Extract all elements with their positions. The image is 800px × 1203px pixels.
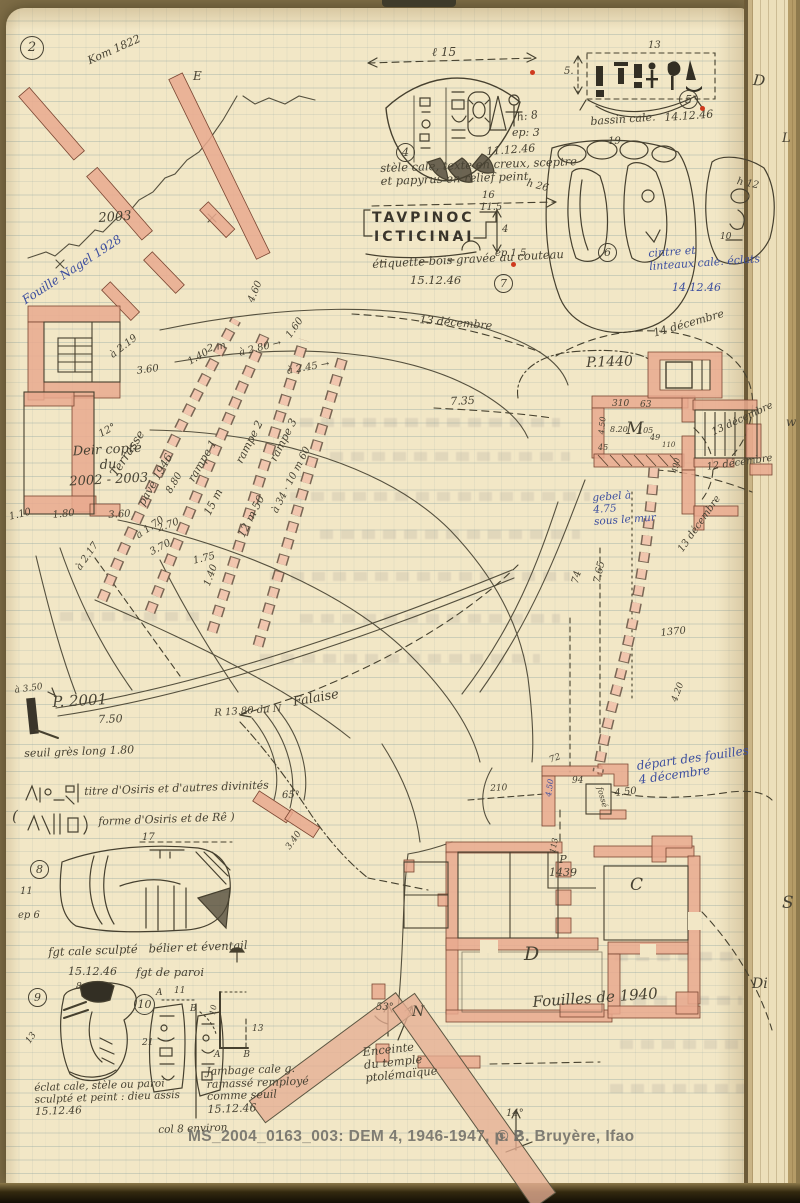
item6-n10: 10 — [720, 232, 731, 242]
dim-label: 4.50 — [597, 416, 608, 435]
meas-750: 7.50 — [98, 713, 123, 726]
dim-label: 310 — [612, 399, 629, 409]
item8-ep: ep 6 — [18, 910, 40, 922]
room-d-label: D — [524, 944, 539, 966]
room-c-label: C — [630, 876, 643, 896]
item6-n19: 19 — [608, 136, 621, 148]
item7-height: 4 — [502, 224, 508, 236]
enceinte-note: Enceinte du temple ptolémaïque — [362, 1038, 438, 1085]
statue-sketch — [61, 982, 137, 1081]
item4-thickness: ep: 3 — [512, 127, 540, 140]
item8-n11: 11 — [20, 886, 33, 898]
item8-caption2: fgt de paroi — [136, 966, 204, 979]
meas-210: 210 — [490, 783, 508, 794]
angle-65: 65° — [282, 790, 300, 802]
tomb-2003-label: 2003 — [98, 210, 132, 227]
adjacent-page-text-fragment: D — [752, 72, 766, 90]
item10-ab: A B — [214, 1050, 250, 1060]
north-label: N — [412, 1004, 424, 1020]
stone-ramp-chains — [102, 320, 654, 772]
item7-greek-line1: TAVPINOC — [372, 210, 475, 226]
meas-label: 3.60 — [108, 508, 131, 521]
notebook-scan: 2 Kom 1822 E 2003 Fouille Nagel 1928 Dei… — [0, 0, 800, 1203]
meas-735: 7.35 — [450, 395, 475, 409]
item9-caption: éclat cale, stèle ou paroi sculpté et pe… — [34, 1077, 181, 1118]
osiris-hieroglyphs — [26, 784, 87, 834]
item10-b: B — [190, 1004, 197, 1014]
red-dot-marker — [700, 106, 705, 111]
item7-greek-line2: ICTICINAI — [374, 229, 475, 245]
copyright-watermark: © B. Bruyère, Ifao — [497, 1128, 635, 1146]
p1439-label: P 1439 — [546, 854, 580, 879]
meas-450: 4.50 — [614, 786, 637, 800]
item7-number: 7 — [494, 274, 513, 293]
meas-94: 94 — [572, 776, 583, 786]
dim-label: 49 — [650, 433, 660, 442]
item10-a: A — [156, 988, 163, 998]
item7-width1: 16 — [482, 190, 495, 202]
item7-date: 15.12.46 — [410, 274, 461, 287]
item10-number: 10 — [134, 994, 155, 1015]
item10-n10: 10 — [208, 1004, 219, 1016]
stele-hieroglyphs — [420, 92, 522, 148]
red-dot-marker — [511, 262, 516, 267]
item5-height: 5. — [564, 66, 574, 78]
item6-date: 14.12.46 — [672, 282, 721, 295]
archive-id-watermark: MS_2004_0163_003: DEM 4, 1946-1947, p. 2 — [188, 1128, 523, 1146]
p1440-label: P.1440 — [586, 353, 633, 371]
adjacent-page-text-fragment: S — [782, 894, 794, 914]
angle-53: 53° — [376, 1002, 394, 1014]
item9-number: 9 — [28, 988, 47, 1007]
item9-n8: 8 — [76, 982, 82, 992]
item4-width: ℓ 15 — [432, 46, 456, 60]
room-m-label: M — [626, 420, 643, 440]
item5-width: 13 — [648, 40, 661, 52]
wall-e-label: E — [193, 70, 202, 84]
item6-number: 6 — [598, 243, 617, 262]
ram-sketch — [60, 846, 230, 932]
osiris-paren: ( — [12, 808, 18, 825]
gebel-note: gebel à 4.75 sous le mur — [592, 488, 656, 528]
p2001-label: P. 2001 — [52, 691, 108, 711]
item10-caption: Jambage cale g. ramassé remployé comme s… — [206, 1062, 310, 1116]
item7-width2: 11.5 — [480, 202, 502, 214]
page-number: 2 — [20, 36, 44, 60]
dim-label: 45 — [598, 443, 608, 452]
adjacent-page-text-fragment: Di — [752, 976, 768, 992]
item8-number: 8 — [30, 860, 49, 879]
deir-copte-label: Deir copte du 2002 - 2003 — [60, 441, 156, 491]
item5-number: 5 — [679, 90, 698, 109]
adjacent-page-text-fragment: L — [782, 132, 791, 147]
item8-n17: 17 — [142, 832, 155, 844]
angle-14: 14° — [506, 1108, 524, 1120]
dim-label: 110 — [662, 441, 675, 449]
item10-n21: 21 — [142, 1038, 153, 1048]
item8-date: 15.12.46 — [68, 966, 117, 979]
meas-label: 1.80 — [52, 508, 75, 522]
adjacent-page-text-fragment: w — [786, 416, 796, 430]
item10-n13: 13 — [252, 1024, 263, 1034]
red-dot-marker — [530, 70, 535, 75]
dim-label: 63 — [640, 400, 651, 410]
item10-n11: 11 — [174, 986, 185, 996]
